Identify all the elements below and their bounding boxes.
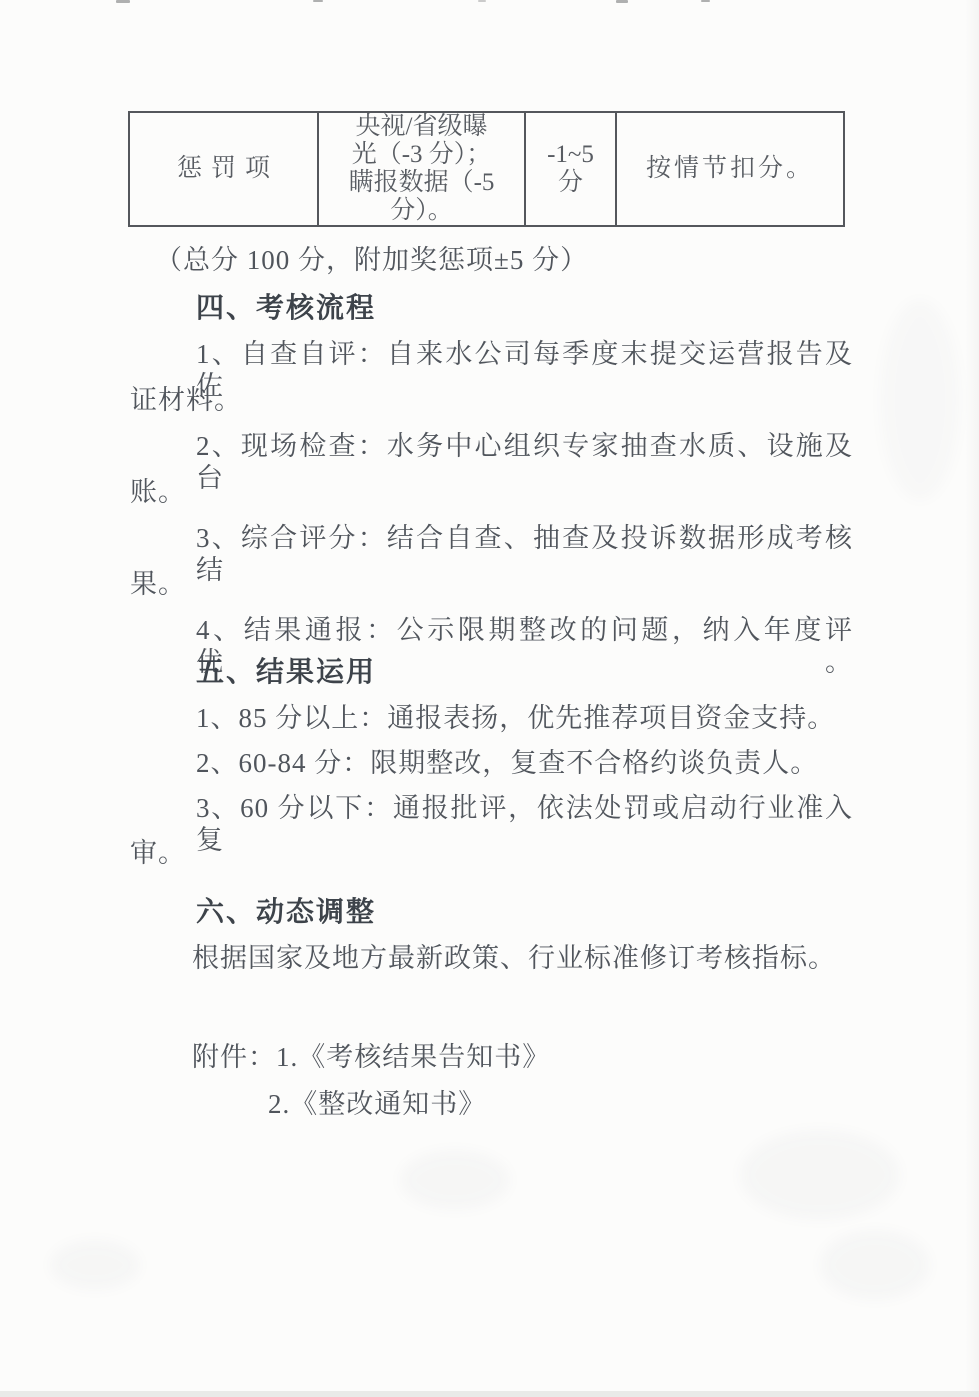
criteria-line: 分）。: [390, 197, 453, 225]
table-cell-item: 惩罚项: [130, 113, 317, 225]
scan-speck: [478, 0, 486, 2]
table-cell-score: -1~5 分: [524, 113, 615, 225]
document-page: 惩罚项 央视/省级曝 光（-3 分）； 瞒报数据（-5 分）。 -1~5 分 按…: [0, 0, 979, 1397]
paragraph-line: 1、85 分以上：通报表扬，优先推荐项目资金支持。: [130, 702, 853, 734]
paragraph-line: 根据国家及地方最新政策、行业标准修订考核指标。: [130, 942, 853, 974]
scan-speck: [313, 0, 323, 2]
paragraph-line: 2、现场检查：水务中心组织专家抽查水质、设施及台: [130, 430, 853, 462]
scan-smudge: [400, 1150, 510, 1210]
scan-smudge: [50, 1240, 140, 1290]
paragraph-line: 证材料。: [130, 384, 853, 416]
paragraph-line: 2、60-84 分：限期整改，复查不合格约谈负责人。: [130, 747, 853, 779]
criteria-line: 央视/省级曝: [356, 113, 488, 141]
paragraph-line: 1、自查自评：自来水公司每季度末提交运营报告及佐: [130, 338, 853, 370]
paragraph-line: 果。: [130, 568, 853, 600]
section-heading-result-application: 五、结果运用: [196, 656, 919, 688]
total-score-note: （总分 100 分，附加奖惩项±5 分）: [155, 244, 878, 276]
paragraph-line: 审。: [130, 837, 853, 869]
section-heading-dynamic-adjustment: 六、动态调整: [196, 896, 919, 928]
attachment-line-2: 2.《整改通知书》: [268, 1088, 979, 1120]
attachment-line-1: 附件：1.《考核结果告知书》: [192, 1041, 915, 1073]
scan-smudge: [820, 1230, 930, 1300]
criteria-line: 瞒报数据（-5: [349, 169, 495, 197]
table-cell-criteria: 央视/省级曝 光（-3 分）； 瞒报数据（-5 分）。: [317, 113, 524, 225]
paragraph-line: 4、结果通报：公示限期整改的问题，纳入年度评优。: [130, 614, 853, 646]
scan-smudge: [880, 300, 960, 500]
scan-speck: [616, 0, 628, 3]
score-unit: 分: [558, 169, 583, 197]
penalty-item-label: 惩罚项: [168, 155, 279, 183]
scan-speck: [116, 0, 130, 3]
section-heading-assessment-process: 四、考核流程: [196, 292, 919, 324]
scan-edge-shade: [965, 0, 979, 1397]
score-table: 惩罚项 央视/省级曝 光（-3 分）； 瞒报数据（-5 分）。 -1~5 分 按…: [128, 111, 845, 227]
paragraph-line: 账。: [130, 476, 853, 508]
score-range: -1~5: [547, 141, 594, 169]
criteria-line: 光（-3 分）；: [352, 141, 492, 169]
scoring-method: 按情节扣分。: [646, 155, 814, 183]
paragraph-line: 3、综合评分：结合自查、抽查及投诉数据形成考核结: [130, 522, 853, 554]
scan-speck: [701, 0, 710, 2]
table-cell-method: 按情节扣分。: [615, 113, 843, 225]
scan-bottom-edge: [0, 1391, 979, 1397]
scan-smudge: [740, 1130, 900, 1220]
paragraph-line: 3、60 分以下：通报批评，依法处罚或启动行业准入复: [130, 792, 853, 824]
